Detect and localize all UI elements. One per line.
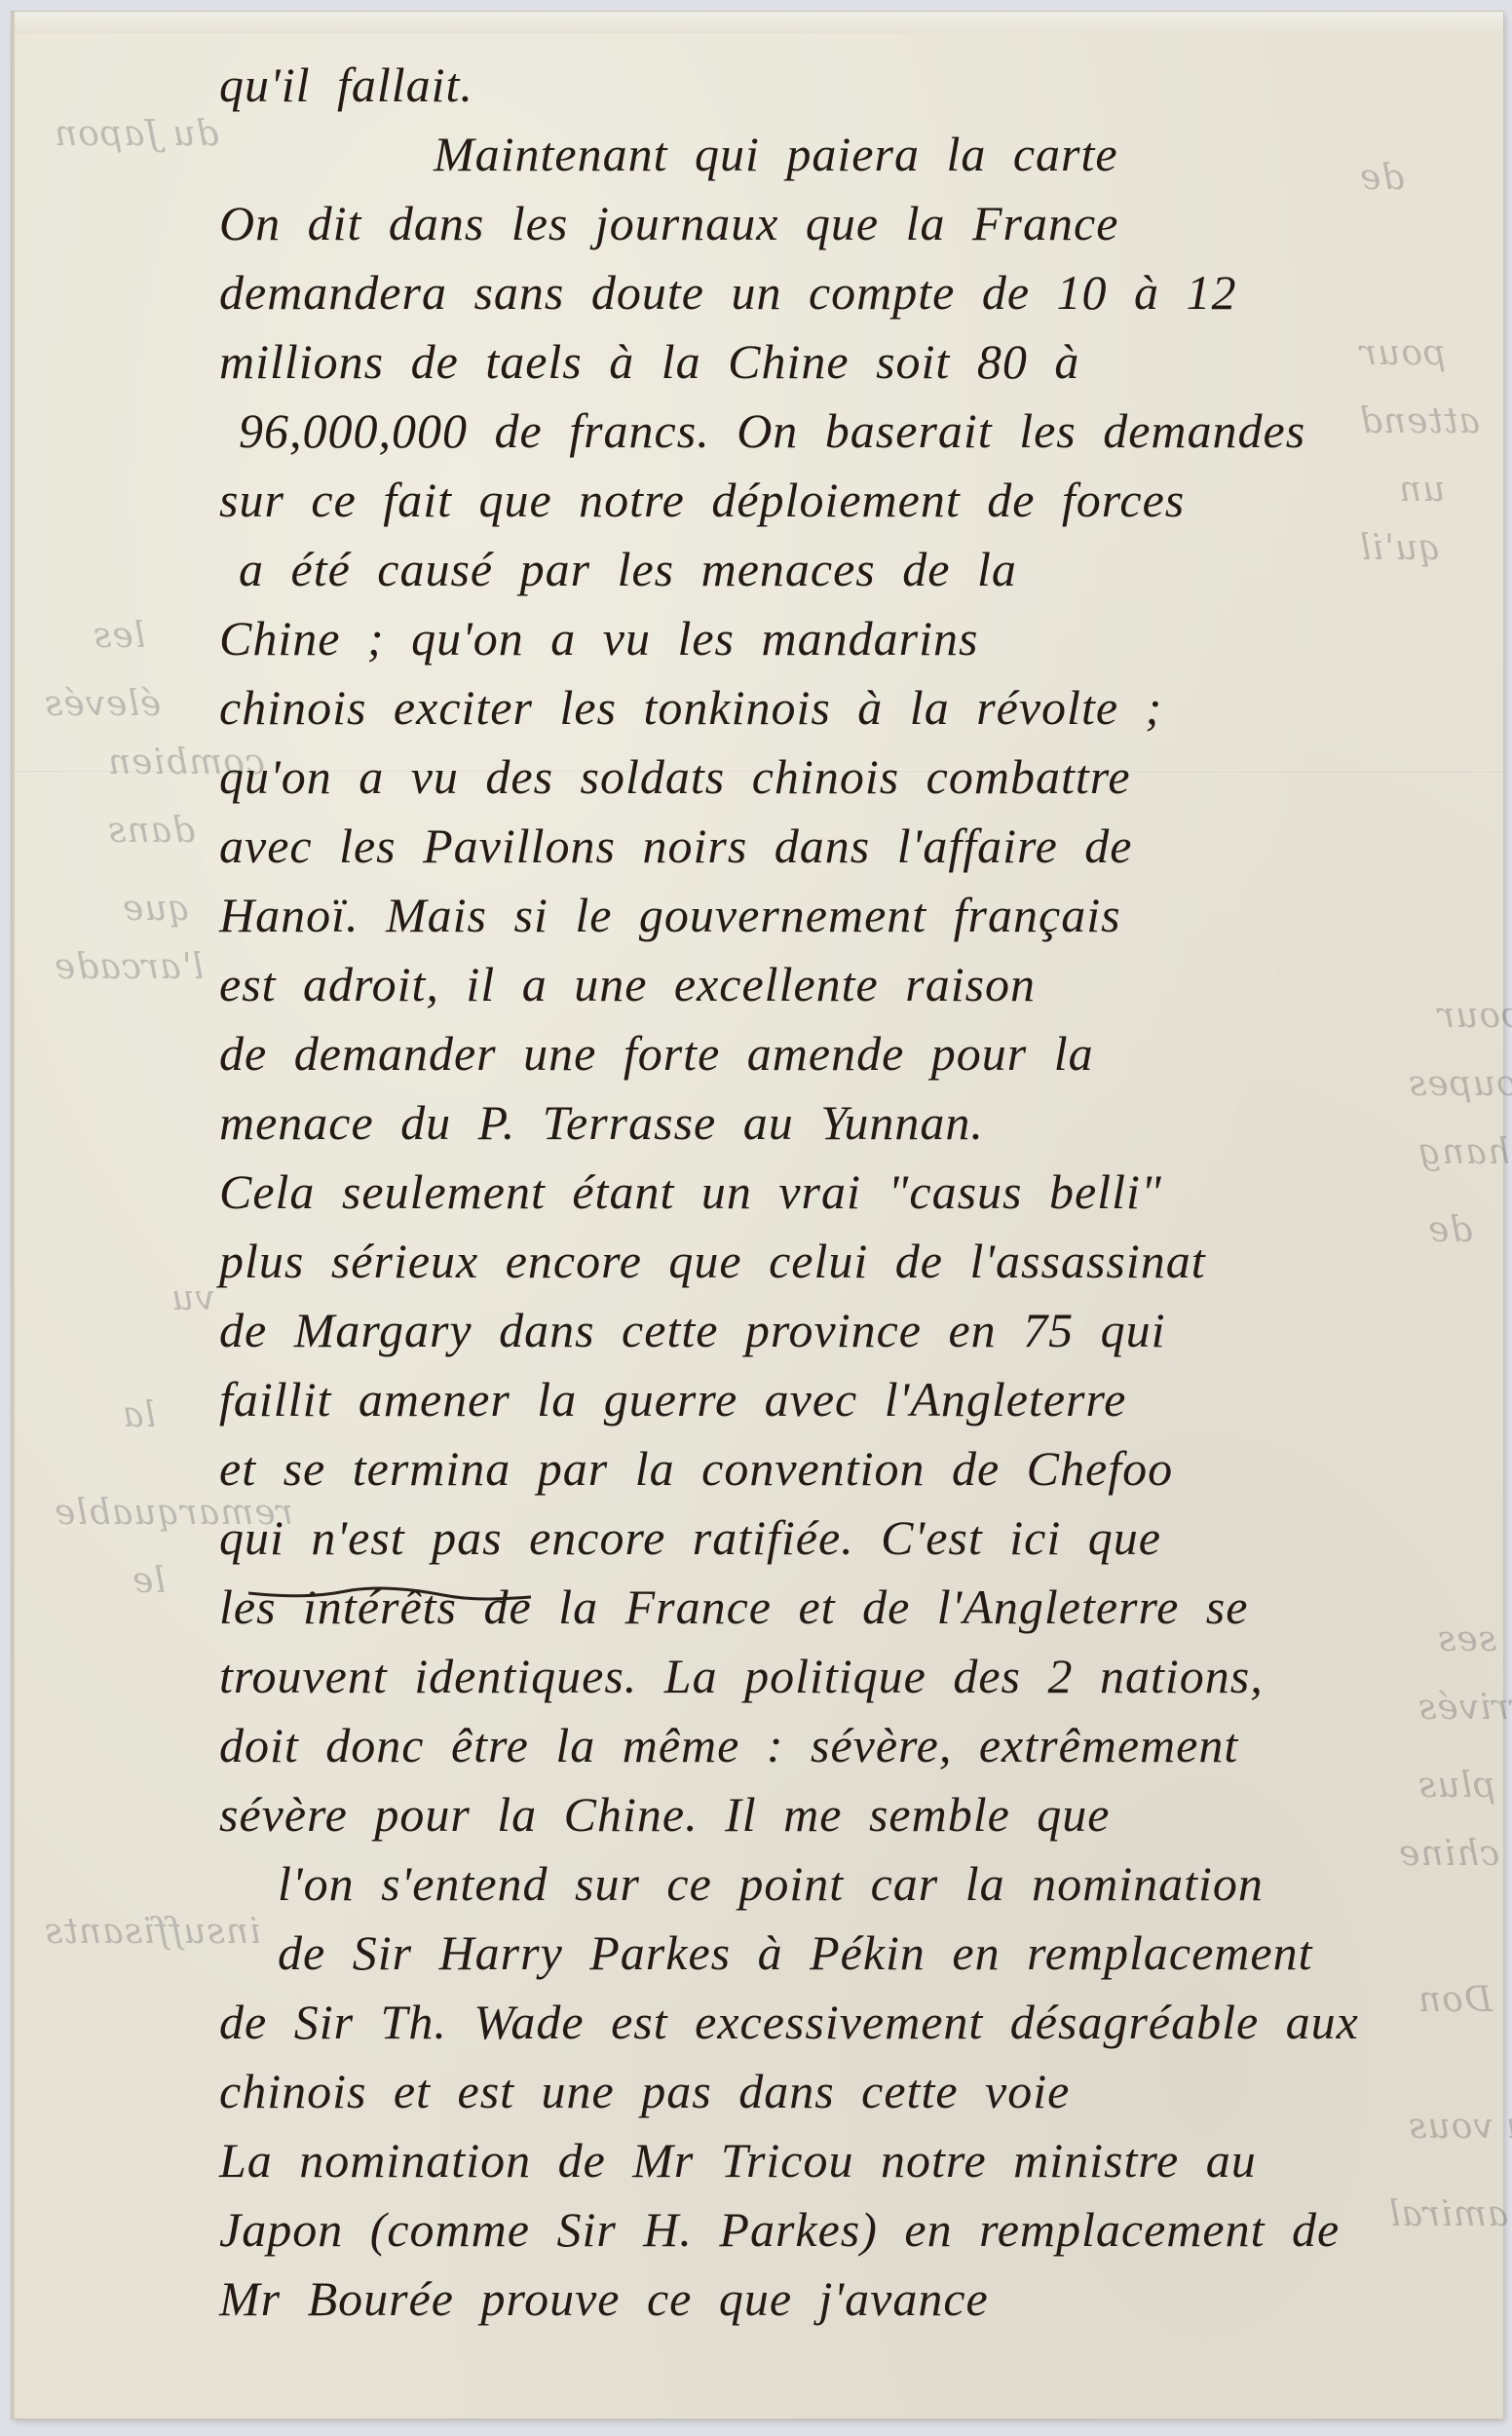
letter-line-underlined: qui n'est pas encore ratifiée. C'est ici… [219,1503,1486,1573]
ghost-word: du Japon [54,114,218,154]
ghost-word: dans [107,811,195,851]
ghost-word: l'arcade [54,947,204,987]
letter-line: qu'il fallait. [219,51,1486,120]
letter-line: Chine ; qu'on a vu les mandarins [219,604,1486,673]
ghost-word: vu [170,1278,215,1318]
wavy-underline [248,1583,531,1603]
letter-line: qu'on a vu des soldats chinois combattre [219,742,1486,812]
letter-line: faillit amener la guerre avec l'Angleter… [219,1365,1486,1434]
letter-line: Cela seulement étant un vrai "casus bell… [219,1158,1486,1227]
letter-line: La nomination de Mr Tricou notre ministr… [219,2126,1486,2195]
letter-line: de demander une forte amende pour la [219,1019,1486,1088]
letter-line: chinois et est une pas dans cette voie [219,2057,1486,2126]
letter-page: du Japon de pour attend un qu'il les éle… [12,12,1503,2418]
letter-line: de Sir Harry Parkes à Pékin en remplacem… [219,1919,1486,1988]
letter-line: 96,000,000 de francs. On baserait les de… [219,397,1486,466]
ghost-word: élevés [44,684,161,724]
letter-line: l'on s'entend sur ce point car la nomina… [219,1849,1486,1919]
ghost-word: les [93,616,145,656]
ghost-word: que [122,889,191,929]
letter-line: de Margary dans cette province en 75 qui [219,1296,1486,1365]
letter-line: a été causé par les menaces de la [219,535,1486,604]
ghost-word: le [132,1561,166,1601]
letter-line: et se termina par la convention de Chefo… [219,1434,1486,1503]
letter-line: sur ce fait que notre déploiement de for… [219,466,1486,535]
letter-line: chinois exciter les tonkinois à la révol… [219,673,1486,742]
letter-line: est adroit, il a une excellente raison [219,950,1486,1019]
letter-line: menace du P. Terrasse au Yunnan. [219,1088,1486,1158]
letter-line: plus sérieux encore que celui de l'assas… [219,1227,1486,1296]
paper-top-edge [15,12,1503,33]
ghost-word: la [122,1395,156,1435]
letter-line: sévère pour la Chine. Il me semble que [219,1780,1486,1849]
letter-line: demandera sans doute un compte de 10 à 1… [219,258,1486,327]
letter-line: Japon (comme Sir H. Parkes) en remplacem… [219,2195,1486,2265]
letter-line: doit donc être la même : sévère, extrême… [219,1711,1486,1780]
letter-line: Hanoï. Mais si le gouvernement français [219,881,1486,950]
letter-line: Mr Bourée prouve ce que j'avance [219,2265,1486,2334]
letter-line: de Sir Th. Wade est excessivement désagr… [219,1988,1486,2057]
letter-body: qu'il fallait. Maintenant qui paiera la … [219,51,1486,2334]
letter-line: millions de taels à la Chine soit 80 à [219,327,1486,397]
letter-line: trouvent identiques. La politique des 2 … [219,1642,1486,1711]
letter-line: avec les Pavillons noirs dans l'affaire … [219,812,1486,881]
letter-line: Maintenant qui paiera la carte [219,120,1486,189]
letter-line: On dit dans les journaux que la France [219,189,1486,258]
